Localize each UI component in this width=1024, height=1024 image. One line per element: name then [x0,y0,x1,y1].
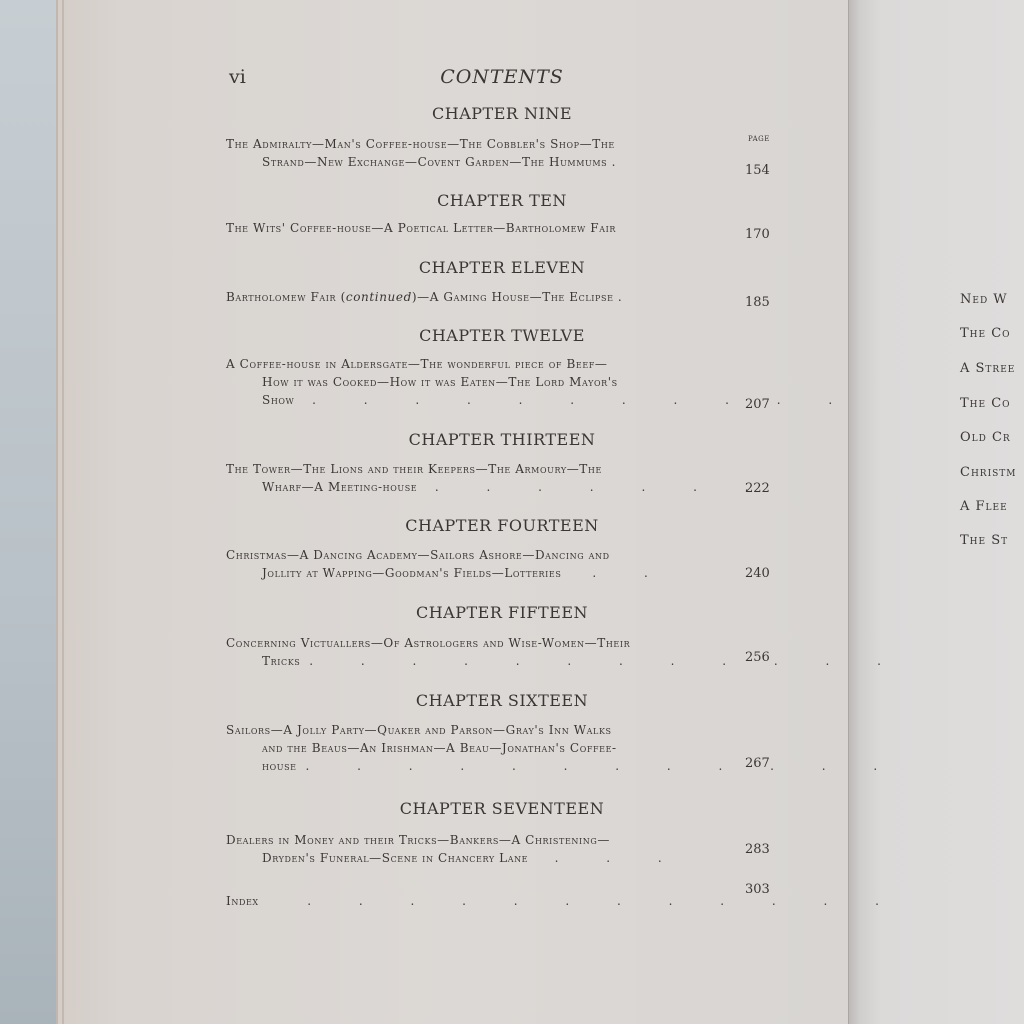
entry-line: Index . . . . . . . . . . . . [226,892,736,910]
page-number: 170 [745,227,775,242]
facing-entry: The Co [960,396,1011,411]
chapter-entry: The Admiralty—Man's Coffee-house—The Cob… [226,135,736,171]
chapter-entry: Christmas—A Dancing Academy—Sailors Asho… [226,546,736,582]
page-number: 256 [745,650,775,665]
dot-leader: . . . . . . . . . . . . [305,759,899,773]
page-number: 267 [745,756,775,771]
dot-leader: . . [592,566,669,580]
photo-scene: vi CONTENTS CHAPTER NINE PAGE The Admira… [0,0,1024,1024]
chapter-entry: The Wits' Coffee-house—A Poetical Letter… [226,219,736,237]
entry-line: house . . . . . . . . . . . . [226,757,736,775]
chapter-entry: Sailors—A Jolly Party—Quaker and Parson—… [226,721,736,775]
chapter-heading: CHAPTER FOURTEEN [0,516,1004,535]
facing-entry: A Flee [960,499,1008,514]
entry-line: Tricks . . . . . . . . . . . . [226,652,736,670]
page-number: 185 [745,295,775,310]
entry-line: and the Beaus—An Irishman—A Beau—Jonatha… [226,739,736,757]
chapter-entry: A Coffee-house in Aldersgate—The wonderf… [226,355,736,409]
chapter-entry: The Tower—The Lions and their Keepers—Th… [226,460,736,496]
entry-line: How it was Cooked—How it was Eaten—The L… [226,373,736,391]
facing-entry: The Co [960,326,1011,341]
entry-line: The Admiralty—Man's Coffee-house—The Cob… [226,135,736,153]
entry-line: Wharf—A Meeting-house . . . . . . . [226,478,736,496]
facing-entry: Old Cr [960,430,1011,445]
entry-line: Dryden's Funeral—Scene in Chancery Lane … [226,849,736,867]
entry-line: Show . . . . . . . . . . . [226,391,736,409]
chapter-heading: CHAPTER FIFTEEN [0,603,1004,622]
entry-line: The Tower—The Lions and their Keepers—Th… [226,460,736,478]
entry-line: Dealers in Money and their Tricks—Banker… [226,831,736,849]
page-title: CONTENTS [0,66,1004,88]
entry-line: Sailors—A Jolly Party—Quaker and Parson—… [226,721,736,739]
page-number: 240 [745,566,775,581]
entry-line: A Coffee-house in Aldersgate—The wonderf… [226,355,736,373]
dot-leader: . . . . . . . . . . . . [309,654,903,668]
chapter-heading: CHAPTER TEN [0,191,1004,210]
entry-line: Bartholomew Fair (continued)—A Gaming Ho… [226,288,736,306]
entry-line: Jollity at Wapping—Goodman's Fields—Lott… [226,564,736,582]
chapter-heading: CHAPTER THIRTEEN [0,430,1004,449]
entry-line: Strand—New Exchange—Covent Garden—The Hu… [226,153,736,171]
index-entry: Index . . . . . . . . . . . . [226,892,736,910]
chapter-entry: Dealers in Money and their Tricks—Banker… [226,831,736,867]
entry-line: Christmas—A Dancing Academy—Sailors Asho… [226,546,736,564]
dot-leader: . . . . . . . . . . . . [307,894,901,908]
dot-leader: . . . . . . . [435,480,771,494]
chapter-heading: CHAPTER SEVENTEEN [0,799,1004,818]
page-number: 303 [745,882,775,897]
chapter-heading: CHAPTER ELEVEN [0,258,1004,277]
page-number: 222 [745,481,775,496]
chapter-entry: Concerning Victuallers—Of Astrologers an… [226,634,736,670]
page-number: 283 [745,842,775,857]
entry-line: The Wits' Coffee-house—A Poetical Letter… [226,219,736,237]
dot-leader: . . . [555,851,684,865]
facing-entry: The St [960,533,1008,548]
chapter-heading: CHAPTER TWELVE [0,326,1004,345]
facing-entry: Ned W [960,292,1008,307]
facing-entry: A Stree [960,361,1015,376]
facing-entry: Christm [960,465,1017,480]
page-number: 207 [745,397,775,412]
chapter-entry: Bartholomew Fair (continued)—A Gaming Ho… [226,288,736,306]
chapter-heading: CHAPTER NINE [0,104,1004,123]
page-number: 154 [745,163,775,178]
entry-line: Concerning Victuallers—Of Astrologers an… [226,634,736,652]
page-column-label: PAGE [748,135,770,143]
chapter-heading: CHAPTER SIXTEEN [0,691,1004,710]
